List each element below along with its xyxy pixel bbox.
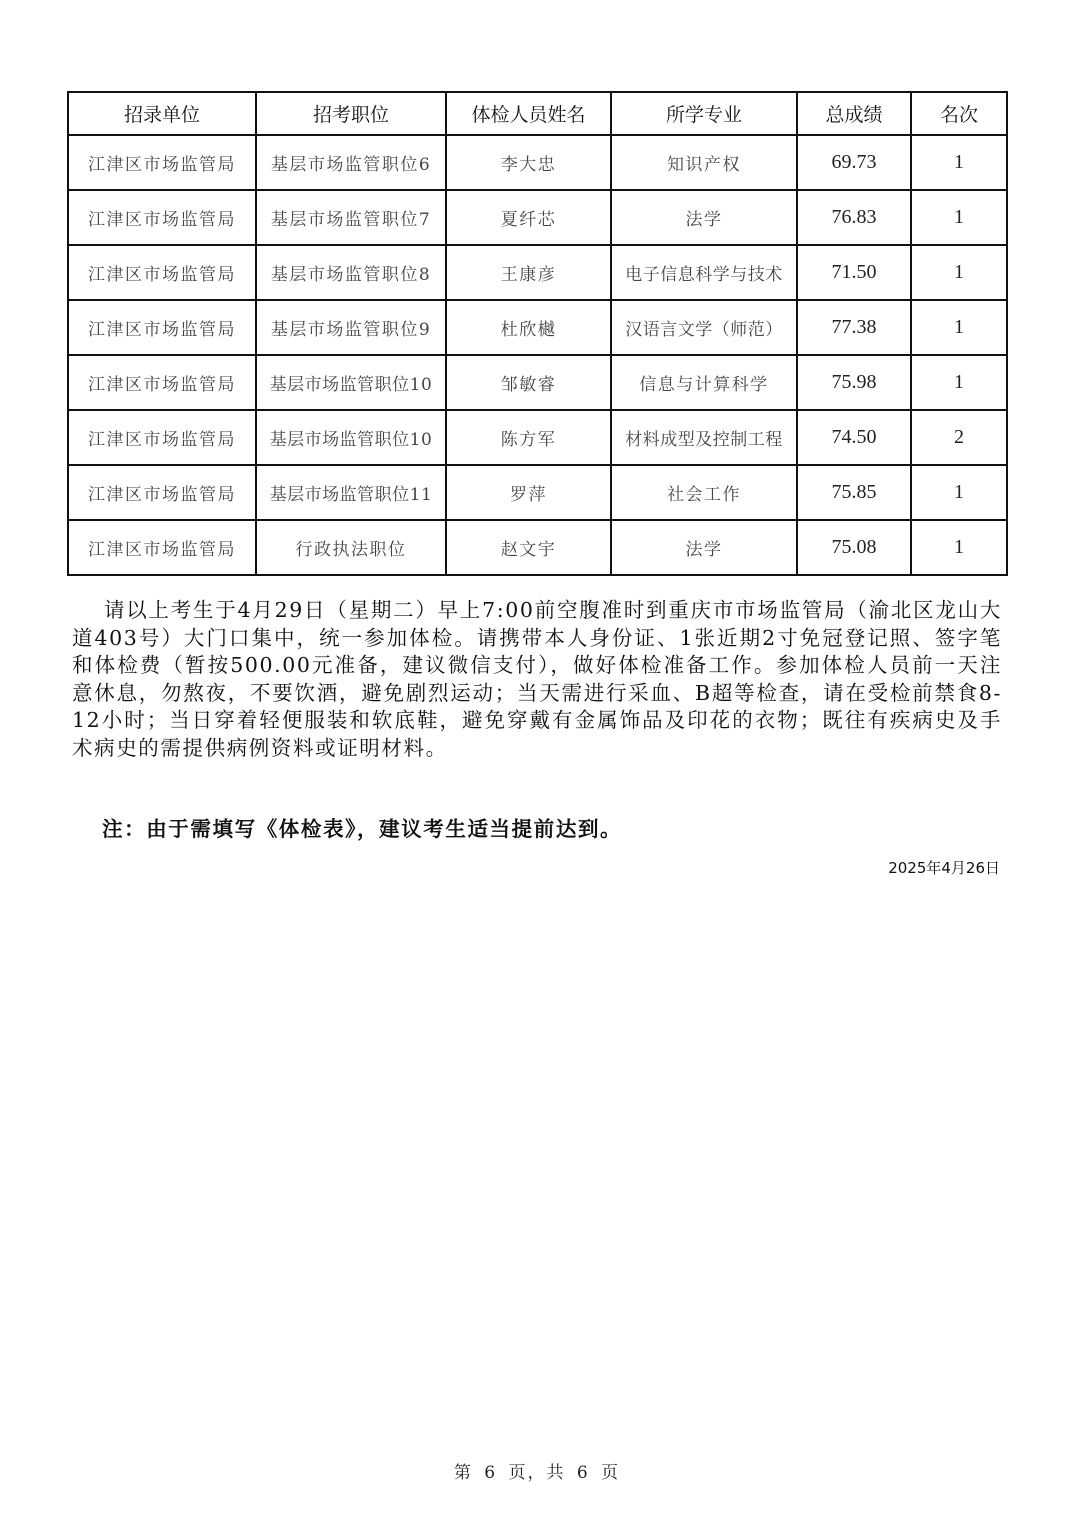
- column-header-name: 体检人员姓名: [446, 92, 611, 135]
- cell-score: 76.83: [797, 190, 911, 245]
- cell-score: 74.50: [797, 410, 911, 465]
- cell-rank: 1: [911, 190, 1007, 245]
- cell-unit: 江津区市场监管局: [68, 355, 256, 410]
- cell-position: 基层市场监管职位8: [256, 245, 446, 300]
- physical-exam-roster-table: 招录单位 招考职位 体检人员姓名 所学专业 总成绩 名次 江津区市场监管局 基层…: [67, 91, 1008, 576]
- cell-position: 基层市场监管职位10: [256, 355, 446, 410]
- table-row: 江津区市场监管局 基层市场监管职位10 邹敏睿 信息与计算科学 75.98 1: [68, 355, 1007, 410]
- cell-unit: 江津区市场监管局: [68, 135, 256, 190]
- cell-rank: 2: [911, 410, 1007, 465]
- table-row: 江津区市场监管局 基层市场监管职位9 杜欣樾 汉语言文学（师范） 77.38 1: [68, 300, 1007, 355]
- table-row: 江津区市场监管局 行政执法职位 赵文宇 法学 75.08 1: [68, 520, 1007, 575]
- cell-unit: 江津区市场监管局: [68, 520, 256, 575]
- cell-name: 陈方军: [446, 410, 611, 465]
- cell-rank: 1: [911, 465, 1007, 520]
- cell-major: 法学: [611, 520, 797, 575]
- table-row: 江津区市场监管局 基层市场监管职位6 李大忠 知识产权 69.73 1: [68, 135, 1007, 190]
- table-row: 江津区市场监管局 基层市场监管职位8 王康彦 电子信息科学与技术 71.50 1: [68, 245, 1007, 300]
- cell-score: 75.08: [797, 520, 911, 575]
- cell-major: 材料成型及控制工程: [611, 410, 797, 465]
- page-indicator: 第 6 页，共 6 页: [0, 1458, 1074, 1483]
- cell-name: 邹敏睿: [446, 355, 611, 410]
- cell-score: 69.73: [797, 135, 911, 190]
- cell-position: 基层市场监管职位11: [256, 465, 446, 520]
- cell-name: 杜欣樾: [446, 300, 611, 355]
- cell-position: 基层市场监管职位6: [256, 135, 446, 190]
- column-header-position: 招考职位: [256, 92, 446, 135]
- cell-position: 行政执法职位: [256, 520, 446, 575]
- table-row: 江津区市场监管局 基层市场监管职位11 罗萍 社会工作 75.85 1: [68, 465, 1007, 520]
- cell-rank: 1: [911, 300, 1007, 355]
- cell-rank: 1: [911, 245, 1007, 300]
- column-header-rank: 名次: [911, 92, 1007, 135]
- cell-position: 基层市场监管职位9: [256, 300, 446, 355]
- cell-name: 赵文宇: [446, 520, 611, 575]
- column-header-major: 所学专业: [611, 92, 797, 135]
- cell-major: 社会工作: [611, 465, 797, 520]
- cell-score: 77.38: [797, 300, 911, 355]
- table-header-row: 招录单位 招考职位 体检人员姓名 所学专业 总成绩 名次: [68, 92, 1007, 135]
- column-header-unit: 招录单位: [68, 92, 256, 135]
- note-bold: 注：由于需填写《体检表》，建议考生适当提前达到。: [102, 815, 622, 843]
- cell-major: 法学: [611, 190, 797, 245]
- cell-major: 汉语言文学（师范）: [611, 300, 797, 355]
- cell-score: 75.85: [797, 465, 911, 520]
- cell-major: 电子信息科学与技术: [611, 245, 797, 300]
- cell-name: 罗萍: [446, 465, 611, 520]
- cell-name: 李大忠: [446, 135, 611, 190]
- cell-name: 王康彦: [446, 245, 611, 300]
- issue-date: 2025年4月26日: [888, 857, 1000, 878]
- cell-rank: 1: [911, 520, 1007, 575]
- cell-score: 75.98: [797, 355, 911, 410]
- cell-name: 夏纤芯: [446, 190, 611, 245]
- cell-position: 基层市场监管职位7: [256, 190, 446, 245]
- cell-unit: 江津区市场监管局: [68, 190, 256, 245]
- cell-rank: 1: [911, 355, 1007, 410]
- cell-unit: 江津区市场监管局: [68, 410, 256, 465]
- table-row: 江津区市场监管局 基层市场监管职位7 夏纤芯 法学 76.83 1: [68, 190, 1007, 245]
- cell-major: 信息与计算科学: [611, 355, 797, 410]
- table-row: 江津区市场监管局 基层市场监管职位10 陈方军 材料成型及控制工程 74.50 …: [68, 410, 1007, 465]
- column-header-score: 总成绩: [797, 92, 911, 135]
- cell-rank: 1: [911, 135, 1007, 190]
- cell-unit: 江津区市场监管局: [68, 465, 256, 520]
- cell-major: 知识产权: [611, 135, 797, 190]
- cell-unit: 江津区市场监管局: [68, 245, 256, 300]
- document-page: 招录单位 招考职位 体检人员姓名 所学专业 总成绩 名次 江津区市场监管局 基层…: [0, 0, 1074, 1520]
- cell-score: 71.50: [797, 245, 911, 300]
- cell-unit: 江津区市场监管局: [68, 300, 256, 355]
- exam-instructions-paragraph: 请以上考生于4月29日（星期二）早上7:00前空腹准时到重庆市市场监管局（渝北区…: [72, 597, 1002, 763]
- cell-position: 基层市场监管职位10: [256, 410, 446, 465]
